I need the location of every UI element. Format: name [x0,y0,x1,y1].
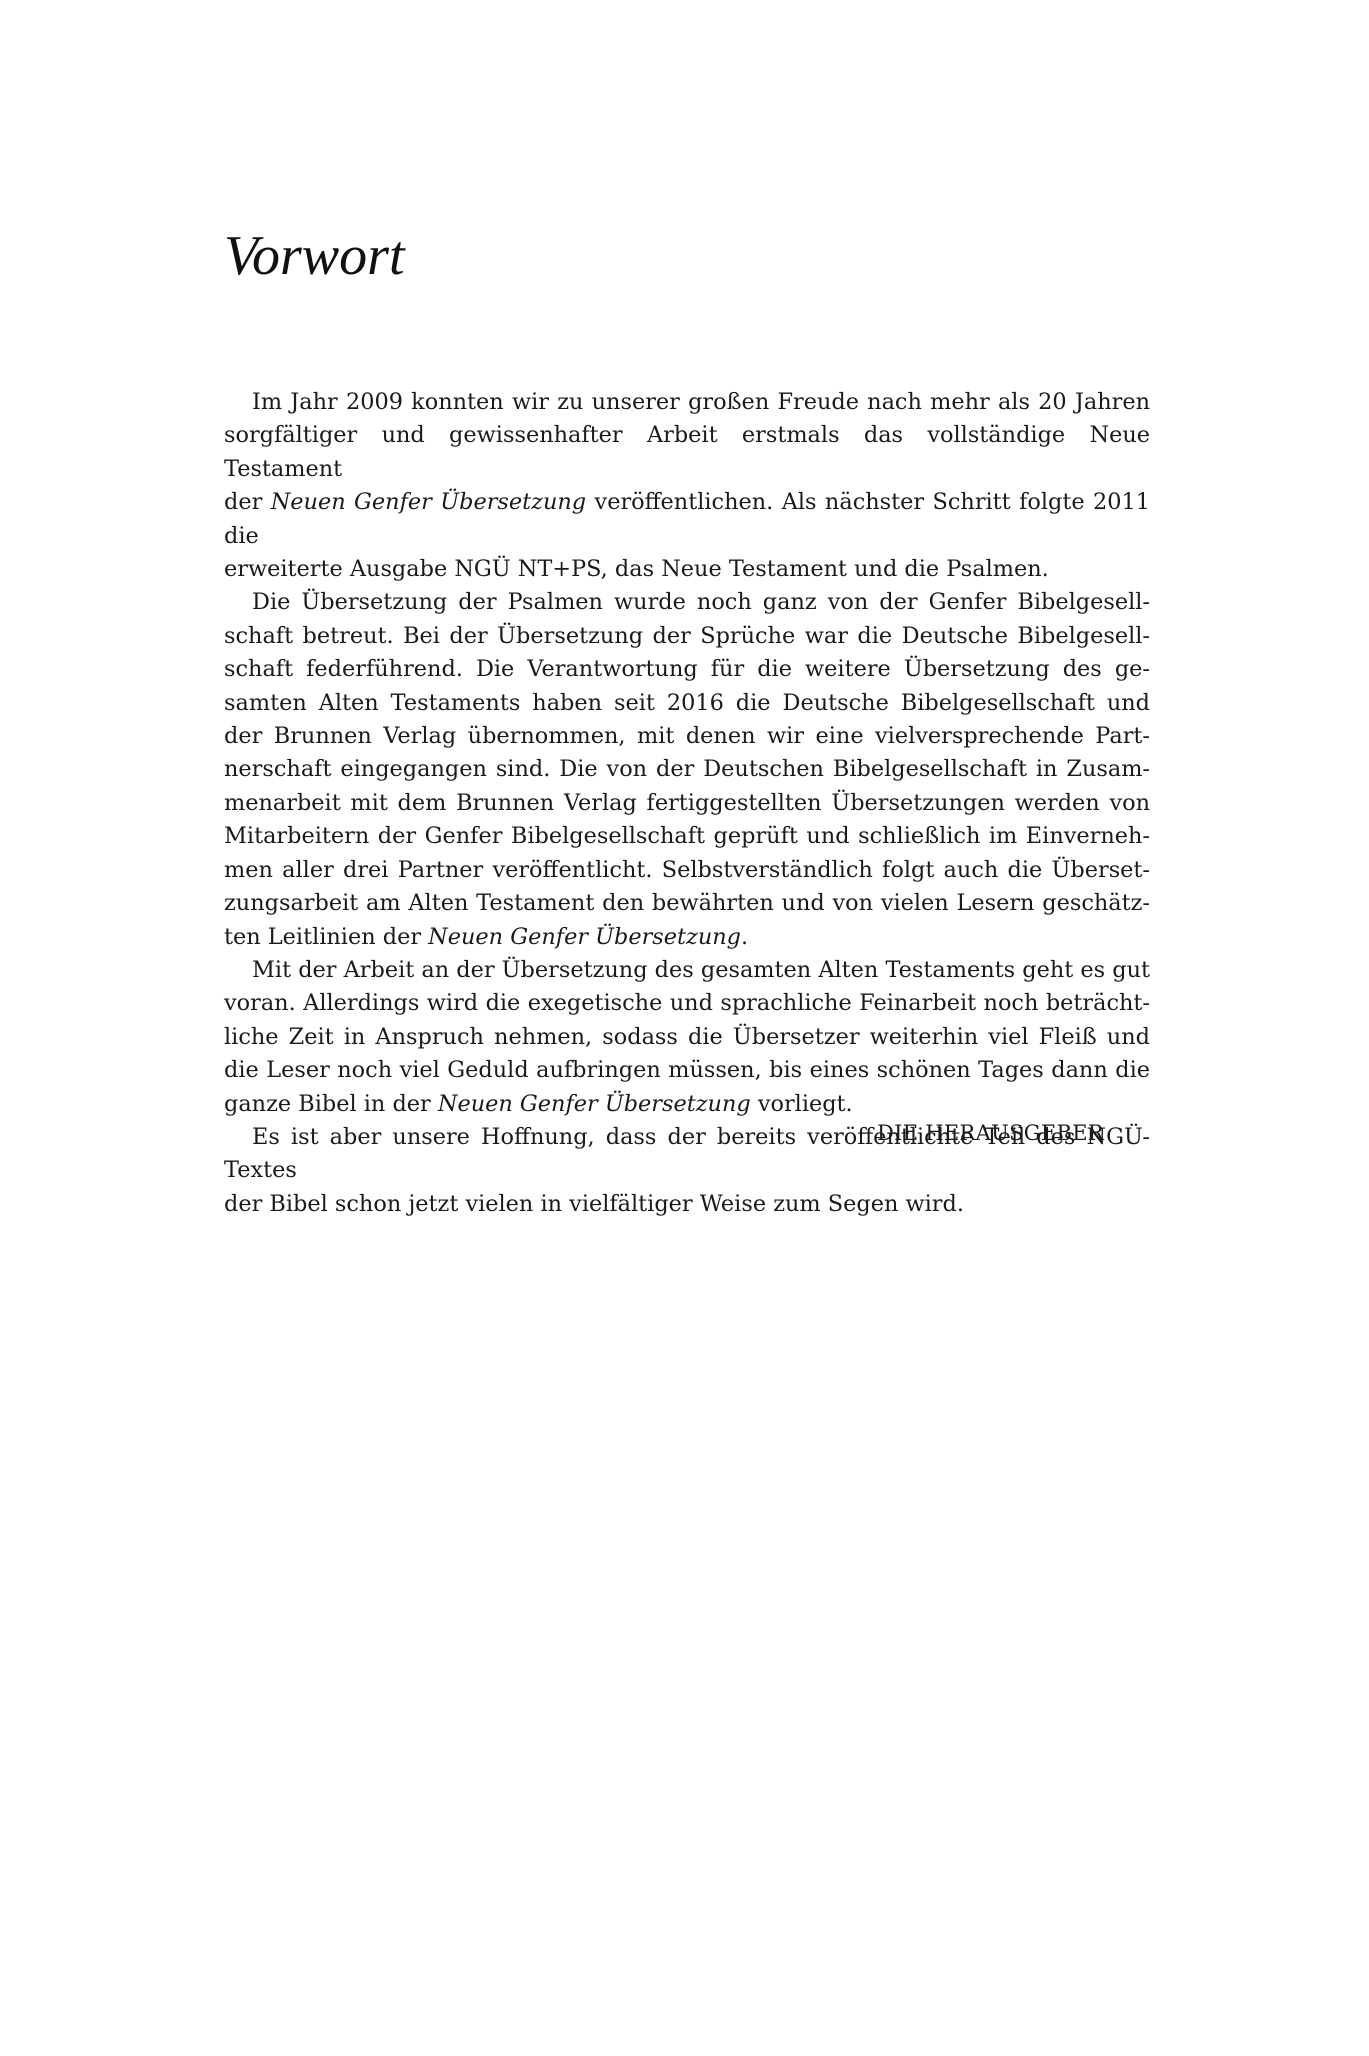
text-line: menarbeit mit dem Brunnen Verlag fertigg… [224,787,1150,820]
text-line: liche Zeit in Anspruch nehmen, sodass di… [224,1021,1150,1054]
document-page: Vorwort Im Jahr 2009 konnten wir zu unse… [0,0,1369,2056]
text-line: schaft betreut. Bei der Übersetzung der … [224,620,1150,653]
text-line: voran. Allerdings wird die exegetische u… [224,987,1150,1020]
paragraph: Die Übersetzung der Psalmen wurde noch g… [224,586,1150,953]
text-line: ganze Bibel in der Neuen Genfer Übersetz… [224,1088,1150,1121]
paragraph: Im Jahr 2009 konnten wir zu unserer groß… [224,386,1150,586]
text-line: sorgfältiger und gewissenhafter Arbeit e… [224,419,1150,486]
text-line: die Leser noch viel Geduld aufbringen mü… [224,1054,1150,1087]
page-title: Vorwort [224,228,405,284]
text-line: men aller drei Partner veröffentlicht. S… [224,854,1150,887]
text-line: Mitarbeitern der Genfer Bibelgesellschaf… [224,820,1150,853]
foreword-body: Im Jahr 2009 konnten wir zu unserer groß… [224,386,1150,1221]
text-line: erweiterte Ausgabe NGÜ NT+PS, das Neue T… [224,553,1150,586]
text-line: Im Jahr 2009 konnten wir zu unserer groß… [224,386,1150,419]
text-line: samten Alten Testaments haben seit 2016 … [224,687,1150,720]
text-line: der Neuen Genfer Übersetzung veröffentli… [224,486,1150,553]
text-line: der Brunnen Verlag übernommen, mit denen… [224,720,1150,753]
italic-title: Neuen Genfer Übersetzung [271,489,586,515]
text-line: Die Übersetzung der Psalmen wurde noch g… [224,586,1150,619]
paragraph: Mit der Arbeit an der Übersetzung des ge… [224,954,1150,1121]
signature: DIE HERAUSGEBER [224,1121,1150,1145]
text-line: nerschaft eingegangen sind. Die von der … [224,753,1150,786]
italic-title: Neuen Genfer Übersetzung [438,1091,751,1117]
text-line: schaft federführend. Die Verantwortung f… [224,653,1150,686]
text-line: Mit der Arbeit an der Übersetzung des ge… [224,954,1150,987]
text-line: zungsarbeit am Alten Testament den bewäh… [224,887,1150,920]
italic-title: Neuen Genfer Übersetzung [428,924,741,950]
text-line: der Bibel schon jetzt vielen in vielfält… [224,1188,1150,1221]
text-line: ten Leitlinien der Neuen Genfer Übersetz… [224,921,1150,954]
